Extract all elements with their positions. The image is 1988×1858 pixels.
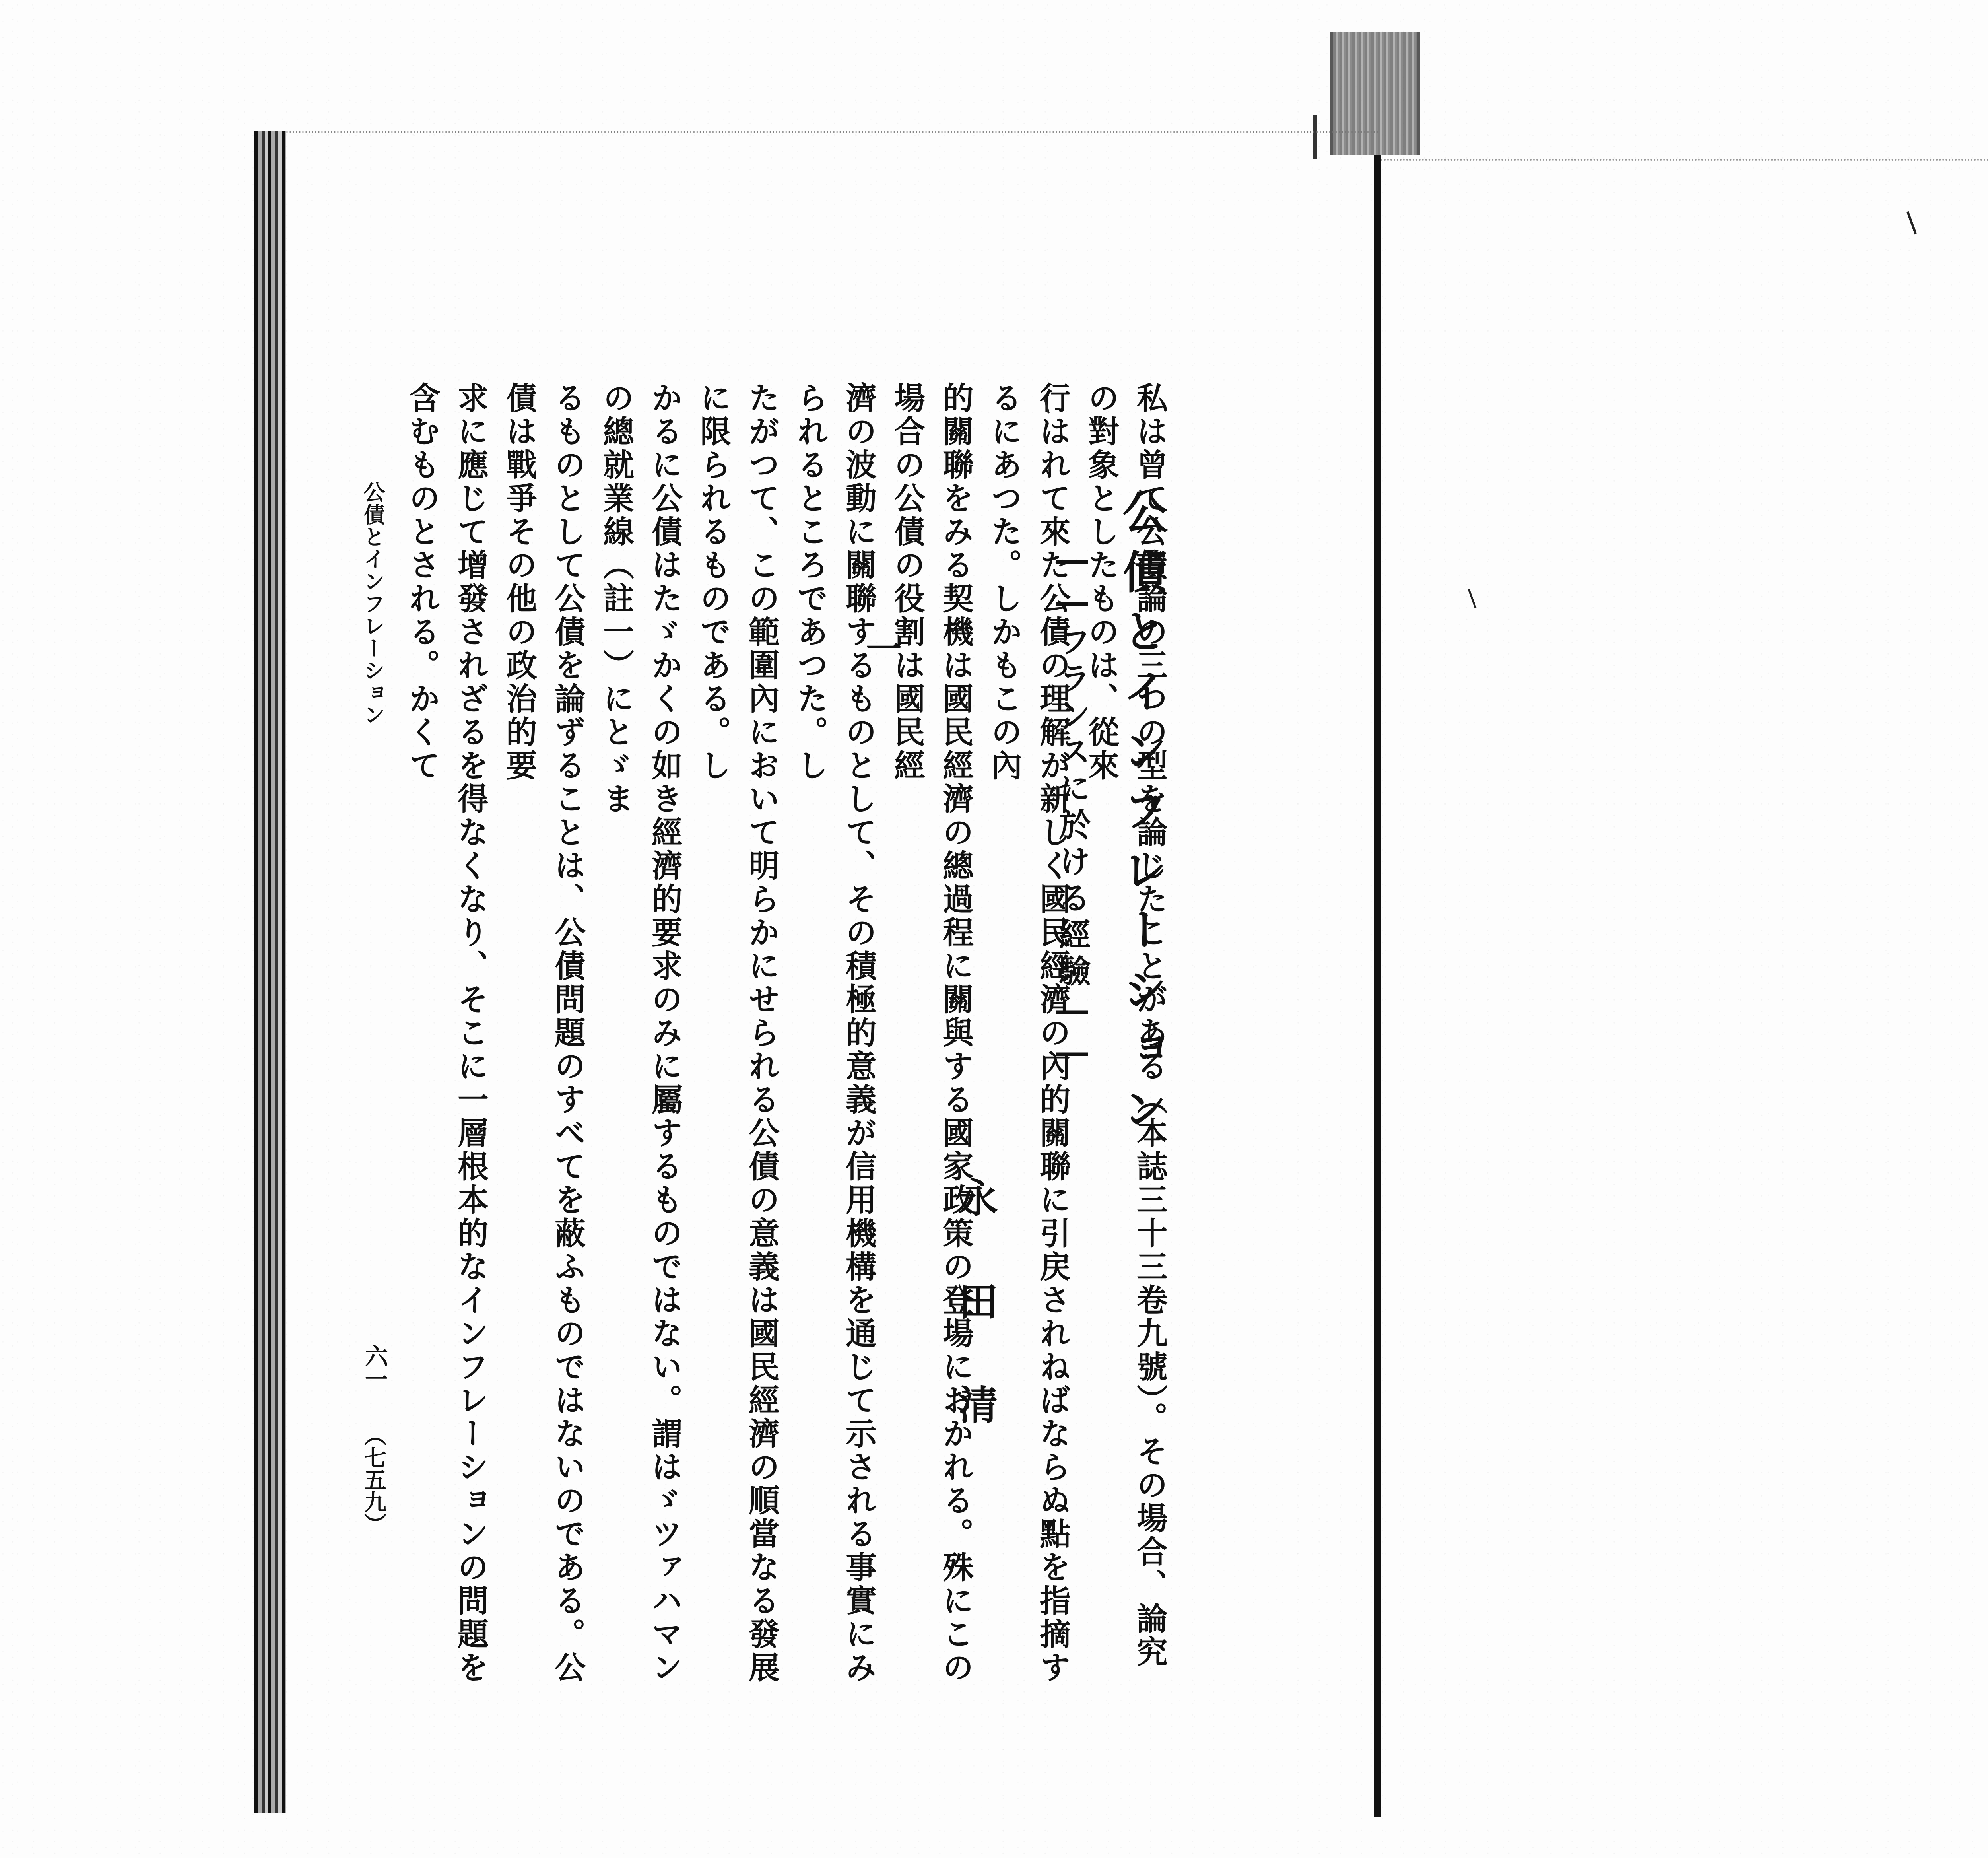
left-serial-page-number: （七五九） xyxy=(358,1424,390,1535)
left-page-edges xyxy=(254,131,286,1813)
left-running-foot: 公債とインフレーション xyxy=(358,481,388,726)
left-page-number: 六一 xyxy=(358,1344,391,1390)
left-page-body: 私は曾て公債論の三つの型を論じたことがある（本誌三十三卷九號）。その場合、論究の… xyxy=(398,382,1174,1694)
book-gutter xyxy=(1374,155,1381,1817)
body-line: かるに公債はたゞかくの如き經濟的要求のみに屬するものではない。謂はゞツァハマンの… xyxy=(592,382,689,1694)
body-line: 行はれて來た公債の理解が新しく國民經濟の內的關聯に引戻されねばならぬ點を指摘する… xyxy=(980,382,1077,1694)
body-line: 的關聯をみる契機は國民經濟の總過程に關與する國家政策の登場におかれる。殊にこの場… xyxy=(883,382,980,1694)
right-page xyxy=(1381,159,1988,1811)
body-line: 濟の波動に關聯するものとして、その積極的意義が信用機構を通じて示される事實にみら… xyxy=(786,382,883,1694)
body-line: 求に應じて增發されざるを得なくなり、そこに一層根本的なインフレーションの問題を含… xyxy=(398,382,495,1694)
body-line: たがつて、この範圍內において明らかにせられる公債の意義は國民經濟の順當なる發展に… xyxy=(689,382,786,1694)
body-line: るものとして公債を論ずることは、公債問題のすべてを蔽ふものではないのである。公債… xyxy=(495,382,592,1694)
body-line: 私は曾て公債論の三つの型を論じたことがある（本誌三十三卷九號）。その場合、論究の… xyxy=(1077,382,1174,1694)
